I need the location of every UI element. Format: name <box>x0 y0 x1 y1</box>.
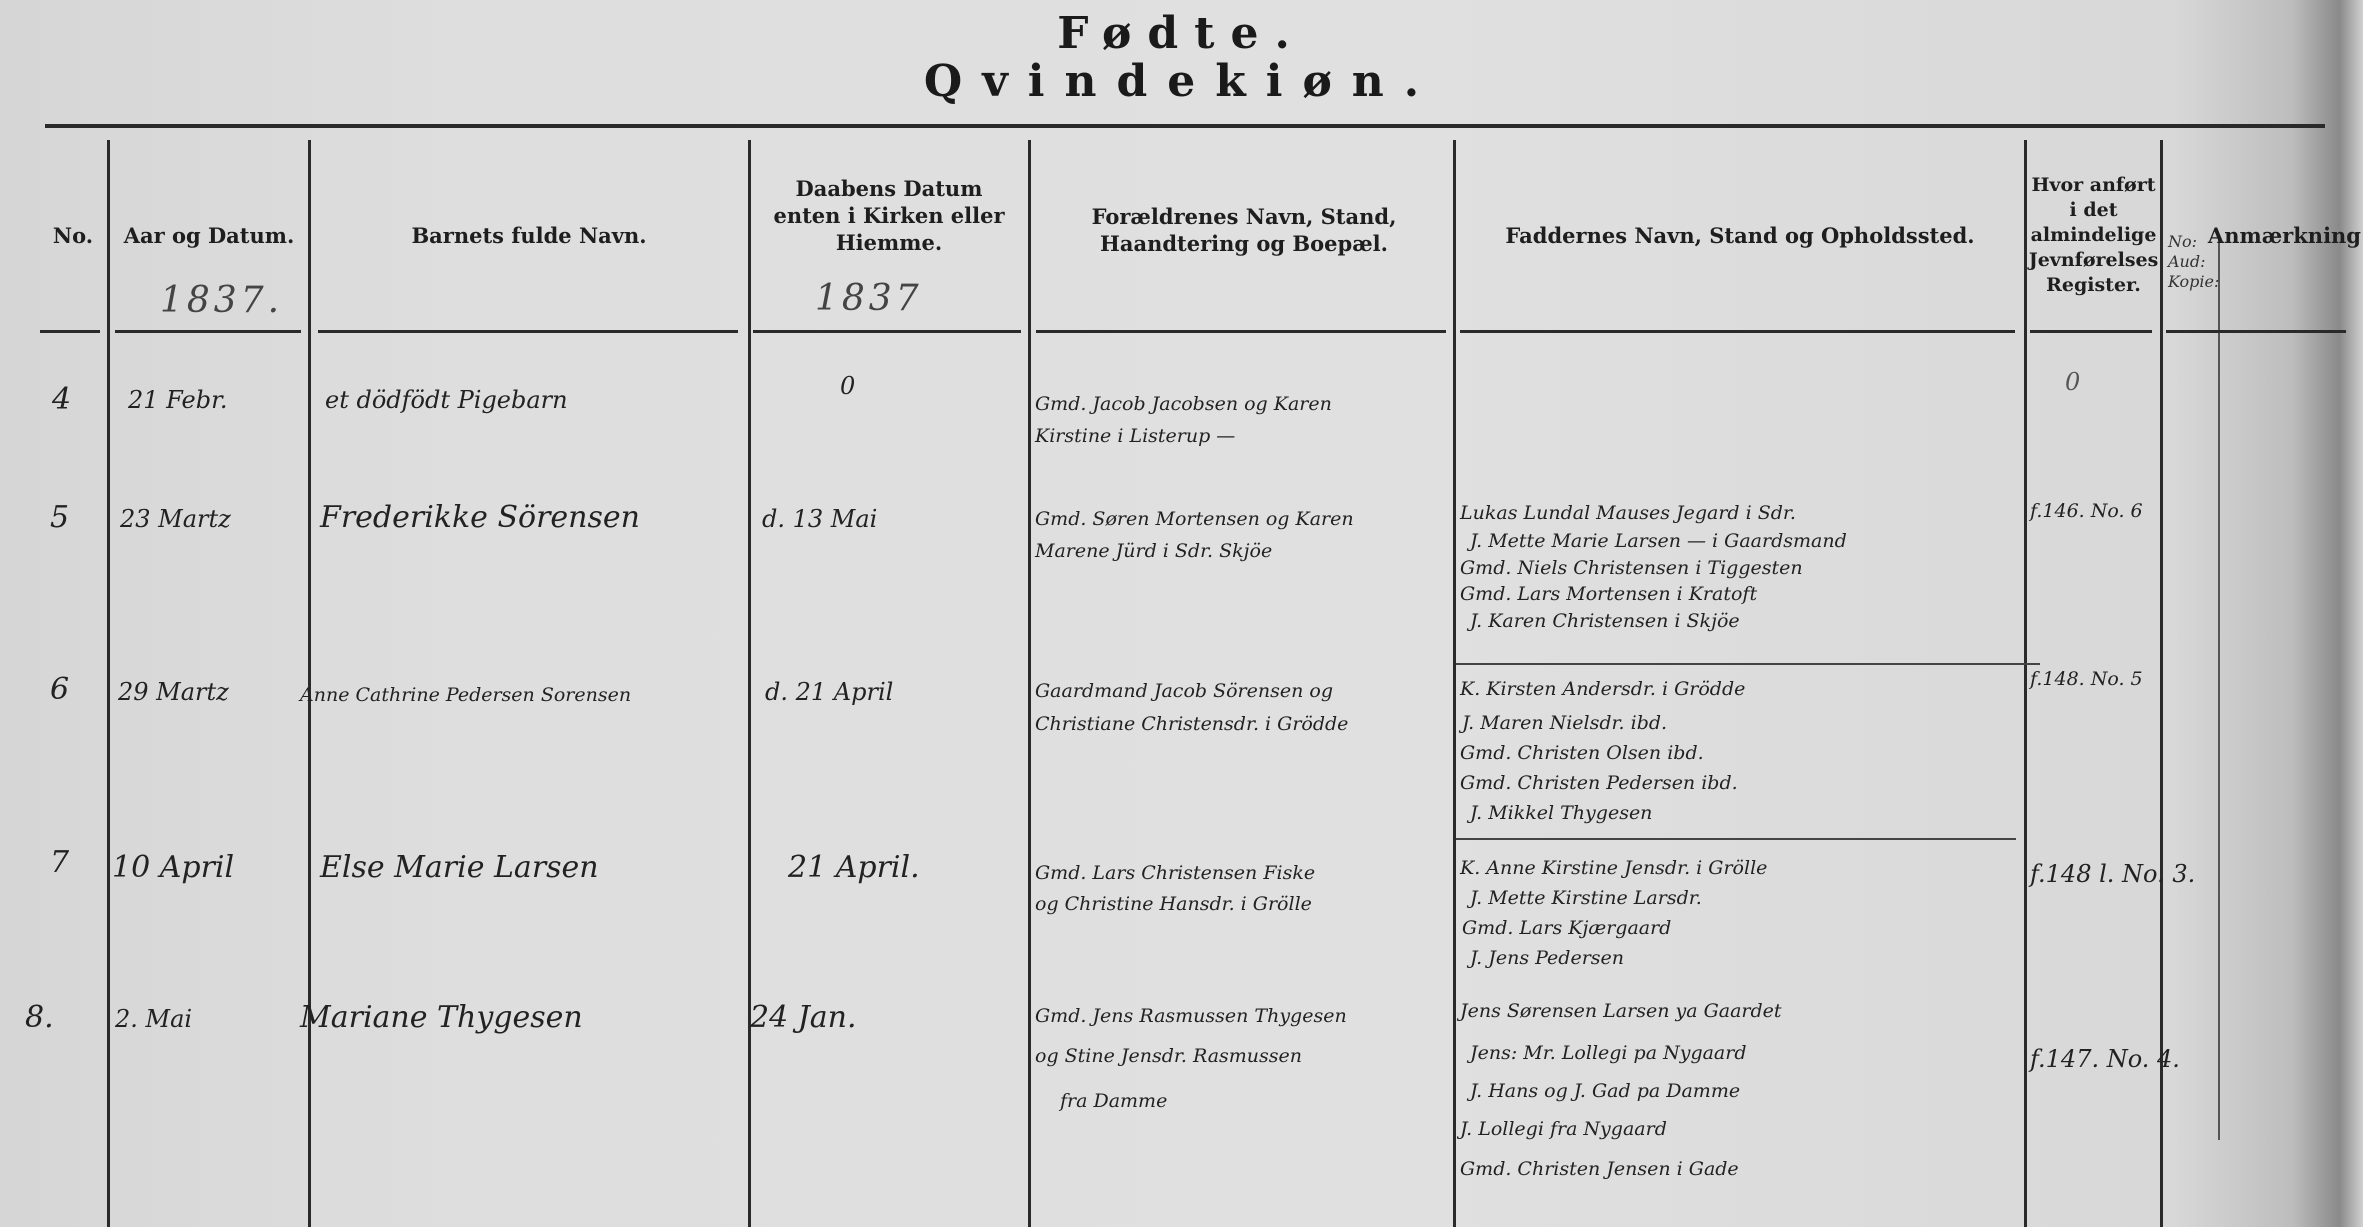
entry-child-name: Mariane Thygesen <box>300 1000 583 1035</box>
entry-sponsor: J. Mette Marie Larsen — i Gaardsmand <box>1470 530 1847 552</box>
entry-birth-date: 21 Febr. <box>128 386 228 414</box>
entry-child-name: Frederikke Sörensen <box>320 500 640 535</box>
header-rule <box>115 330 301 333</box>
entry-baptism-date: 24 Jan. <box>750 1000 856 1035</box>
entry-sponsor: J. Lollegi fra Nygaard <box>1460 1118 1667 1140</box>
parish-register-page: Fødte. Qvindekiøn. No. Aar og Datum. Bar… <box>0 0 2363 1227</box>
entry-sponsor: J. Jens Pedersen <box>1470 947 1624 969</box>
entry-parents-line: Gmd. Jacob Jacobsen og Karen <box>1035 393 1332 415</box>
entry-number: 7 <box>50 845 69 880</box>
column-divider <box>1028 140 1031 1227</box>
entry-birth-date: 23 Martz <box>120 505 231 533</box>
baptism-year: 1837 <box>815 278 923 319</box>
header-rule <box>1460 330 2015 333</box>
remarks-sub-divider <box>2218 240 2220 1140</box>
header-rule <box>2030 330 2152 333</box>
entry-parents-line: Christiane Christensdr. i Grödde <box>1035 713 1348 735</box>
column-header-no: No. <box>40 140 106 330</box>
entry-parents-line: Gmd. Jens Rasmussen Thygesen <box>1035 1005 1347 1027</box>
entry-sponsor: J. Maren Nielsdr. ibd. <box>1462 712 1667 734</box>
entry-sponsor: Gmd. Niels Christensen i Tiggesten <box>1460 557 1803 579</box>
entry-register-ref: f.148 l. No. 3. <box>2030 860 2195 888</box>
header-rule <box>753 330 1021 333</box>
entry-parents-line: Kirstine i Listerup — <box>1035 425 1235 447</box>
header-rule <box>40 330 100 333</box>
entry-parents-line: Gmd. Søren Mortensen og Karen <box>1035 508 1354 530</box>
entry-birth-date: 29 Martz <box>118 678 229 706</box>
column-header-sponsors: Faddernes Navn, Stand og Opholdssted. <box>1455 140 2025 330</box>
header-rule <box>2166 330 2346 333</box>
entry-sponsor: K. Kirsten Andersdr. i Grödde <box>1460 678 1745 700</box>
entry-sponsor: Gmd. Christen Pedersen ibd. <box>1460 772 1738 794</box>
entry-baptism-date: 21 April. <box>788 850 920 885</box>
entry-sponsor: Gmd. Christen Jensen i Gade <box>1460 1158 1739 1180</box>
entry-sponsor: J. Mikkel Thygesen <box>1470 802 1652 824</box>
entry-sponsor: Gmd. Lars Mortensen i Kratoft <box>1460 583 1757 605</box>
entry-child-name: et dödfödt Pigebarn <box>325 386 568 414</box>
entry-number: 5 <box>50 500 69 535</box>
entry-sponsor: Lukas Lundal Mauses Jegard i Sdr. <box>1460 502 1796 524</box>
entry-sponsor: Gmd. Lars Kjærgaard <box>1462 917 1671 939</box>
entry-sponsor: K. Anne Kirstine Jensdr. i Grölle <box>1460 857 1767 879</box>
entry-baptism-date: 0 <box>840 372 855 400</box>
column-header-parents: Forældrenes Navn, Stand, Haandtering og … <box>1035 150 1453 310</box>
header-rule <box>1036 330 1446 333</box>
row-separator <box>1456 838 2016 840</box>
top-rule <box>45 124 2325 128</box>
page-subtitle: Qvindekiøn. <box>0 56 2363 107</box>
entry-birth-date: 10 April <box>112 850 234 885</box>
entry-sponsor: J. Hans og J. Gad pa Damme <box>1470 1080 1740 1102</box>
entry-parents-line: Gaardmand Jacob Sörensen og <box>1035 680 1333 702</box>
entry-sponsor: J. Mette Kirstine Larsdr. <box>1470 887 1702 909</box>
entry-sponsor: Jens Sørensen Larsen ya Gaardet <box>1460 1000 1782 1022</box>
entry-parents-line: Gmd. Lars Christensen Fiske <box>1035 862 1315 884</box>
birth-year: 1837. <box>160 280 283 321</box>
row-separator <box>1456 663 2040 665</box>
column-header-baptism-date: Daabens Datum enten i Kirken eller Hiemm… <box>755 150 1023 280</box>
entry-child-name: Else Marie Larsen <box>320 850 599 885</box>
entry-register-ref: f.147. No. 4. <box>2030 1045 2180 1073</box>
entry-sponsor: Jens: Mr. Lollegi pa Nygaard <box>1470 1042 1747 1064</box>
entry-sponsor: Gmd. Christen Olsen ibd. <box>1460 742 1704 764</box>
remarks-header-note: No: Aud: Kopie: <box>2168 232 2228 292</box>
entry-register-ref: f.146. No. 6 <box>2030 500 2143 522</box>
entry-number: 6 <box>50 672 69 707</box>
entry-parents-line: fra Damme <box>1060 1090 1167 1112</box>
entry-baptism-date: d. 21 April <box>765 678 893 706</box>
column-header-child-name: Barnets fulde Navn. <box>310 140 748 330</box>
entry-register-ref: f.148. No. 5 <box>2030 668 2143 690</box>
entry-birth-date: 2. Mai <box>115 1005 192 1033</box>
entry-child-name: Anne Cathrine Pedersen Sorensen <box>300 684 631 706</box>
entry-register-ref: 0 <box>2065 368 2080 396</box>
entry-parents-line: Marene Jürd i Sdr. Skjöe <box>1035 540 1272 562</box>
entry-sponsor: J. Karen Christensen i Skjöe <box>1470 610 1740 632</box>
entry-parents-line: og Stine Jensdr. Rasmussen <box>1035 1045 1302 1067</box>
header-rule <box>318 330 738 333</box>
entry-number: 8. <box>25 1000 54 1035</box>
entry-baptism-date: d. 13 Mai <box>762 505 877 533</box>
page-title: Fødte. <box>0 8 2363 59</box>
entry-parents-line: og Christine Hansdr. i Grölle <box>1035 893 1312 915</box>
column-header-register: Hvor anført i det almindelige Jevnførels… <box>2027 140 2160 330</box>
entry-number: 4 <box>52 382 71 417</box>
column-divider <box>748 140 751 1227</box>
